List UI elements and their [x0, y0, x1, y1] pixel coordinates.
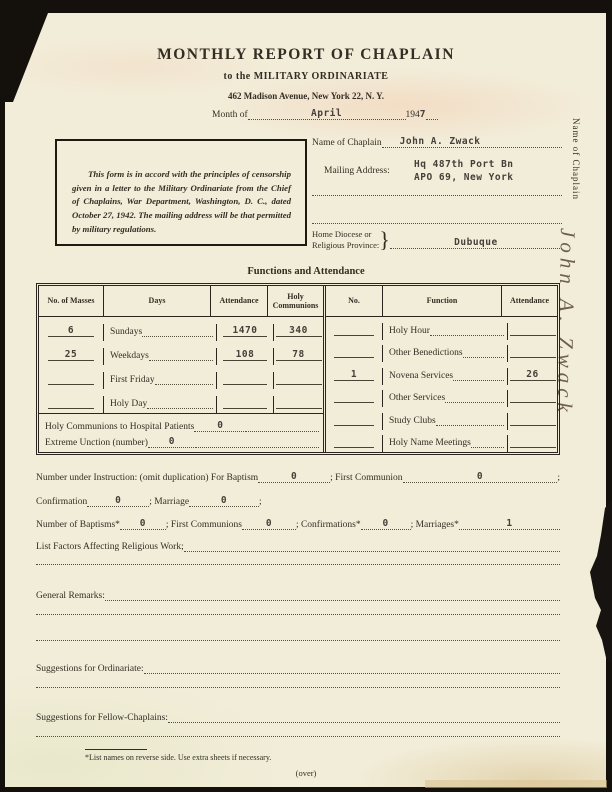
remarks-field-line3: [36, 628, 560, 641]
over-indicator: (over): [0, 768, 612, 778]
remarks-label: General Remarks:: [36, 591, 105, 601]
communions-value: 78: [292, 349, 304, 360]
factors-field-line2: [36, 552, 560, 565]
function-attendance: 26: [526, 369, 538, 380]
masses-no: 25: [65, 349, 77, 360]
page-subtitle: to the MILITARY ORDINARIATE: [0, 71, 612, 82]
extreme-unction-label: Extreme Unction (number): [45, 438, 148, 448]
fellow-chaplains-field: [168, 710, 560, 723]
chaplain-name-field: John A. Zwack: [382, 135, 562, 148]
function-label: Holy Hour: [389, 326, 430, 336]
attendance-value: 108: [236, 349, 255, 360]
baptism-instruction-label: Number under Instruction: (omit duplicat…: [36, 473, 258, 483]
diocese-line: Home Diocese or Religious Province: } Du…: [312, 228, 562, 252]
col-header-holy-communions: Holy Communions: [268, 286, 323, 316]
year-field-tail: [426, 107, 438, 120]
col-header-fn-attendance: Attendance: [502, 286, 557, 316]
masses-no: 6: [68, 325, 74, 336]
functions-sub-table: No. Function Attendance Holy Hour Other …: [326, 286, 557, 452]
table-row: 6 Sundays 1470 340: [39, 317, 323, 341]
marriages-total-label: ; Marriages*: [411, 520, 459, 530]
function-label: Other Benedictions: [389, 348, 463, 358]
function-label: Novena Services: [389, 371, 453, 381]
function-label: Holy Name Meetings: [389, 438, 471, 448]
diocese-label-line1: Home Diocese or: [312, 229, 371, 239]
scan-bottom-edge: [0, 787, 612, 792]
mailing-address-label: Mailing Address:: [324, 166, 390, 176]
instruction-line-2: Confirmation 0 ; Marriage 0 ;: [36, 492, 316, 507]
masses-table-footer: Holy Communions to Hospital Patients 0 E…: [39, 413, 323, 452]
communions-value: 340: [289, 325, 308, 336]
diocese-brace: }: [379, 229, 390, 251]
month-label: Month of: [212, 110, 248, 120]
separator: ;: [259, 497, 262, 507]
col-header-attendance: Attendance: [211, 286, 268, 316]
attendance-value: 1470: [233, 325, 258, 336]
ordinariate-field: [144, 661, 560, 674]
chaplain-name-value: John A. Zwack: [400, 136, 481, 147]
col-header-function: Function: [383, 286, 502, 316]
fellow-chaplains-field-line2: [36, 724, 560, 737]
table-row: 25 Weekdays 108 78: [39, 341, 323, 365]
diocese-field: Dubuque: [390, 236, 562, 249]
first-communions-total-value: 0: [266, 518, 272, 529]
extreme-unction-line: Extreme Unction (number) 0: [39, 434, 323, 448]
col-header-days: Days: [104, 286, 211, 316]
table-row: Holy Day: [39, 389, 323, 413]
baptism-instruction-value: 0: [291, 471, 297, 482]
table-row: Other Benedictions: [326, 340, 557, 363]
page-title: MONTHLY REPORT OF CHAPLAIN: [0, 46, 612, 64]
hospital-communions-label: Holy Communions to Hospital Patients: [45, 422, 194, 432]
chaplain-name-line: Name of Chaplain John A. Zwack: [312, 133, 562, 148]
table-row: 1 Novena Services 26: [326, 362, 557, 385]
marriage-instruction-value: 0: [221, 495, 227, 506]
factors-field: [184, 539, 560, 552]
ordinariate-label: Suggestions for Ordinariate:: [36, 664, 144, 674]
instruction-line-1: Number under Instruction: (omit duplicat…: [36, 468, 560, 483]
censorship-notice-box: This form is in accord with the principl…: [55, 139, 307, 246]
mailing-address-rule1: [312, 183, 562, 196]
hospital-communions-value: 0: [217, 420, 223, 431]
scan-top-edge: [0, 0, 612, 13]
remarks-field: [105, 588, 560, 601]
marriages-total-value: 1: [506, 518, 512, 529]
month-field: April: [248, 107, 406, 120]
day-label: First Friday: [110, 375, 155, 385]
first-communions-total-label: ; First Communions: [166, 520, 242, 530]
col-header-no: No.: [326, 286, 383, 316]
function-label: Study Clubs: [389, 416, 436, 426]
separator: ;: [557, 473, 560, 483]
marriage-instruction-label: ; Marriage: [149, 497, 189, 507]
remarks-field-line2: [36, 602, 560, 615]
confirmation-instruction-value: 0: [115, 495, 121, 506]
mailing-address-rule2: [312, 211, 562, 224]
confirmations-total-label: ; Confirmations*: [296, 520, 361, 530]
hospital-communions-line: Holy Communions to Hospital Patients 0: [39, 418, 323, 432]
table-row: Study Clubs: [326, 407, 557, 430]
extreme-unction-value: 0: [169, 436, 175, 447]
mailing-address-value: Hq 487th Port Bn APO 69, New York: [414, 159, 514, 185]
factors-line: List Factors Affecting Religious Work;: [36, 537, 560, 552]
scanned-page: MONTHLY REPORT OF CHAPLAIN to the MILITA…: [0, 0, 612, 792]
masses-table-header: No. of Masses Days Attendance Holy Commu…: [39, 286, 323, 317]
masses-table: No. of Masses Days Attendance Holy Commu…: [39, 286, 323, 452]
fellow-chaplains-label: Suggestions for Fellow-Chaplains:: [36, 713, 168, 723]
ordinariate-field-line2: [36, 675, 560, 688]
censorship-notice-text: This form is in accord with the principl…: [72, 168, 291, 236]
diocese-value: Dubuque: [454, 237, 498, 248]
ordinariate-address: 462 Madison Avenue, New York 22, N. Y.: [0, 91, 612, 101]
factors-label: List Factors Affecting Religious Work;: [36, 542, 184, 552]
baptisms-total-label: Number of Baptisms*: [36, 520, 120, 530]
functions-table-header: No. Function Attendance: [326, 286, 557, 317]
first-communion-instruction-label: ; First Communion: [330, 473, 402, 483]
confirmation-instruction-label: Confirmation: [36, 497, 87, 507]
year-printed: 194: [406, 110, 420, 120]
remarks-line: General Remarks:: [36, 586, 560, 601]
diocese-label-line2: Religious Province:: [312, 240, 379, 250]
month-value: April: [311, 108, 342, 119]
section-title: Functions and Attendance: [0, 266, 612, 277]
mailing-address-block: Mailing Address:: [324, 160, 390, 178]
fellow-chaplains-line: Suggestions for Fellow-Chaplains:: [36, 708, 560, 723]
mailing-address-line1: Hq 487th Port Bn: [414, 159, 514, 172]
function-label: Other Services: [389, 393, 445, 403]
month-line: Month of April 194 7: [212, 105, 438, 120]
table-row: First Friday: [39, 365, 323, 389]
functions-attendance-table: No. of Masses Days Attendance Holy Commu…: [36, 283, 560, 455]
baptisms-total-value: 0: [140, 518, 146, 529]
first-communion-instruction-value: 0: [477, 471, 483, 482]
ordinariate-line: Suggestions for Ordinariate:: [36, 659, 560, 674]
day-label: Holy Day: [110, 399, 147, 409]
confirmations-total-value: 0: [382, 518, 388, 529]
diocese-label: Home Diocese or Religious Province:: [312, 229, 379, 250]
col-header-no-of-masses: No. of Masses: [39, 286, 104, 316]
footnote-rule: [85, 749, 147, 750]
day-label: Sundays: [110, 327, 142, 337]
table-row: Holy Name Meetings: [326, 430, 557, 453]
day-label: Weekdays: [110, 351, 149, 361]
table-row: Other Services: [326, 385, 557, 408]
margin-vertical-label: Name of Chaplain: [571, 118, 581, 200]
scan-right-edge: [606, 0, 612, 792]
totals-line: Number of Baptisms* 0 ; First Communions…: [36, 515, 560, 530]
chaplain-name-label: Name of Chaplain: [312, 138, 382, 148]
function-no: 1: [351, 369, 357, 380]
table-row: Holy Hour: [326, 317, 557, 340]
footnote: *List names on reverse side. Use extra s…: [85, 753, 271, 762]
